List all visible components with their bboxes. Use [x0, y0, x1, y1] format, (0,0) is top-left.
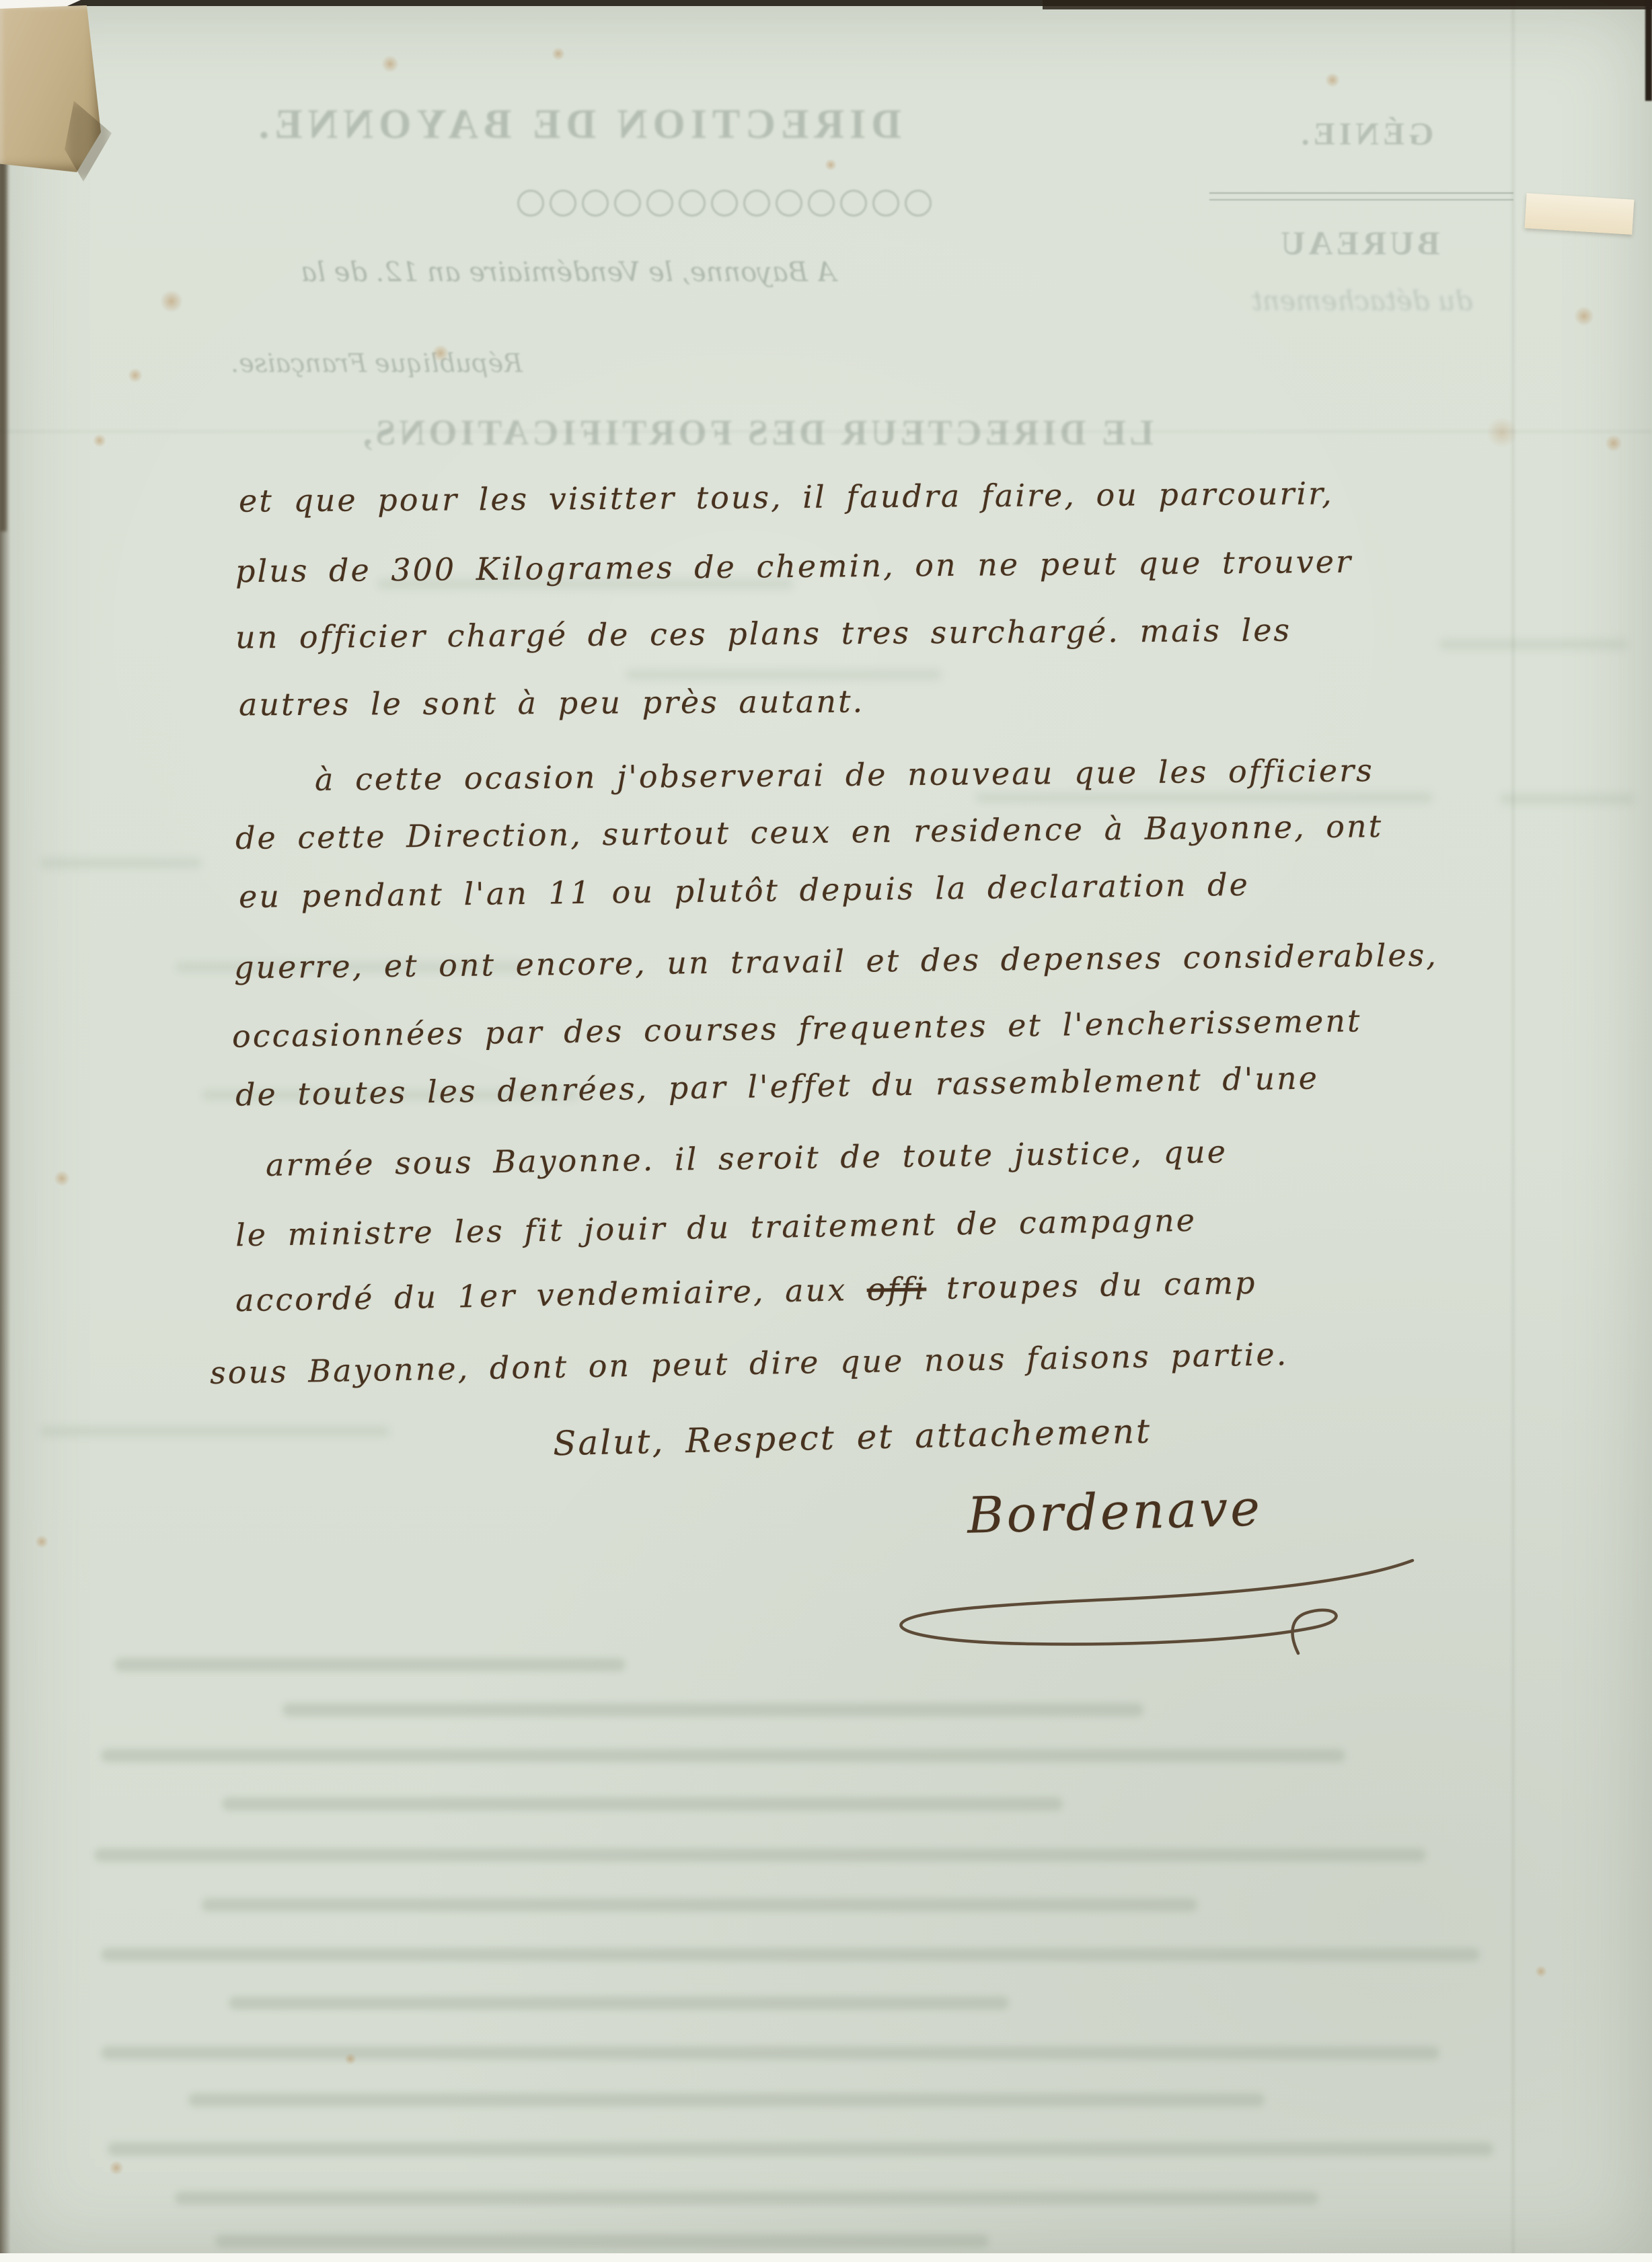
bleedthrough-smudge	[1500, 794, 1635, 804]
letter-line: et que pour les visitter tous, il faudra…	[239, 475, 1334, 519]
stain	[825, 159, 837, 171]
paper-repair-patch	[1525, 193, 1635, 235]
bleedthrough-line	[202, 1898, 1197, 1912]
bleedthrough-line	[283, 1703, 1143, 1717]
ornament-circle	[872, 190, 899, 217]
bleedthrough-circle-ornament	[501, 190, 932, 217]
bleedthrough-margin-rule	[1209, 192, 1513, 200]
letter-line: armée sous Bayonne. il seroit de toute j…	[266, 1133, 1228, 1183]
ornament-circle	[679, 190, 706, 217]
ornament-circle	[776, 190, 802, 217]
bleedthrough-dateline-2: République Française.	[168, 348, 585, 378]
line-segment: troupes du camp	[926, 1265, 1257, 1307]
letter-line: le ministre les fit jouir du traitement …	[235, 1202, 1197, 1253]
stain	[432, 344, 449, 362]
paper-crease	[0, 430, 1652, 432]
letter-line: un officier chargé de ces plans tres sur…	[235, 612, 1291, 656]
bleedthrough-line	[94, 1848, 1426, 1862]
letter-line: guerre, et ont encore, un travail et des…	[234, 937, 1438, 986]
bleedthrough-dateline: A Bayonne, le Vendémiaire an 12. de la	[121, 257, 1016, 288]
closing-line: Salut, Respect et attachement	[552, 1412, 1152, 1464]
scan-edge-bottom	[0, 2253, 1652, 2262]
bleedthrough-line	[101, 1749, 1345, 1762]
stain	[93, 434, 106, 447]
ornament-circle	[808, 190, 835, 217]
bleedthrough-line	[215, 2234, 989, 2248]
ornament-circle	[582, 190, 609, 217]
stain	[1325, 73, 1340, 87]
bleedthrough-smudge	[1439, 639, 1628, 650]
bleedthrough-margin-bureau: BUREAU	[1261, 223, 1456, 262]
stain	[381, 55, 399, 73]
bleedthrough-smudge	[40, 858, 202, 868]
stain	[128, 368, 143, 383]
letter-page: DIRECTION DE BAYONNE. A Bayonne, le Vend…	[0, 0, 1652, 2262]
bleedthrough-line	[188, 2093, 1265, 2107]
bleedthrough-line	[108, 2142, 1493, 2156]
ornament-circle	[905, 190, 932, 217]
paper-crease	[1512, 0, 1514, 2262]
line-segment: accordé du 1er vendemiaire, aux	[235, 1271, 868, 1318]
bleedthrough-line	[101, 1948, 1480, 1961]
ornament-circle	[517, 190, 544, 217]
letter-line: autres le sont à peu près autant.	[239, 683, 864, 723]
ornament-circle	[840, 190, 867, 217]
scan-edge-top	[1043, 0, 1652, 9]
stain	[109, 2160, 124, 2175]
stain	[552, 47, 565, 61]
letter-line: plus de 300 Kilogrames de chemin, on ne …	[235, 543, 1353, 589]
ornament-circle	[646, 190, 673, 217]
bleedthrough-line	[229, 1996, 1009, 2010]
ornament-circle	[711, 190, 738, 217]
letter-line: de toutes les denrées, par l'effet du ra…	[235, 1059, 1320, 1113]
signature-flourish	[881, 1547, 1433, 1668]
bleedthrough-smudge	[975, 792, 1433, 803]
stain	[54, 1170, 70, 1186]
bleedthrough-line	[222, 1797, 1063, 1811]
ornament-circle	[614, 190, 641, 217]
bleedthrough-line	[175, 2191, 1318, 2205]
stain	[1574, 306, 1594, 326]
bleedthrough-margin-detachement: du détachement	[1204, 286, 1520, 317]
bleedthrough-line	[101, 2046, 1439, 2060]
struck-word: offi	[866, 1270, 926, 1308]
bleedthrough-directeur-line: LE DIRECTEUR DES FORTIFICATIONS,	[289, 412, 1224, 453]
bleedthrough-line	[114, 1658, 626, 1671]
stain	[344, 2053, 356, 2065]
scan-edge-right	[1645, 0, 1652, 101]
ornament-circle	[743, 190, 770, 217]
ornament-circle	[550, 190, 576, 217]
bleedthrough-smudge	[626, 669, 942, 680]
letter-line: occasionnées par des courses frequentes …	[232, 1002, 1362, 1054]
stain	[35, 1535, 48, 1548]
bleedthrough-smudge	[40, 1426, 390, 1437]
signature: Bordenave	[967, 1479, 1263, 1544]
bleedthrough-printed-header: DIRECTION DE BAYONNE.	[296, 101, 901, 149]
letter-line: de cette Direction, surtout ceux en resi…	[235, 808, 1384, 856]
stain	[160, 290, 183, 313]
letter-line-with-strikeout: accordé du 1er vendemiaire, aux offi tro…	[235, 1265, 1257, 1318]
letter-line: eu pendant l'an 11 ou plutôt depuis la d…	[239, 866, 1250, 915]
letter-line: sous Bayonne, dont on peut dire que nous…	[210, 1336, 1289, 1391]
stain	[1605, 435, 1622, 452]
letter-line: à cette ocasion j'observerai de nouveau …	[315, 752, 1374, 798]
bleedthrough-margin-genie: GÉNIE.	[1281, 116, 1450, 153]
stain	[1535, 1965, 1547, 1977]
